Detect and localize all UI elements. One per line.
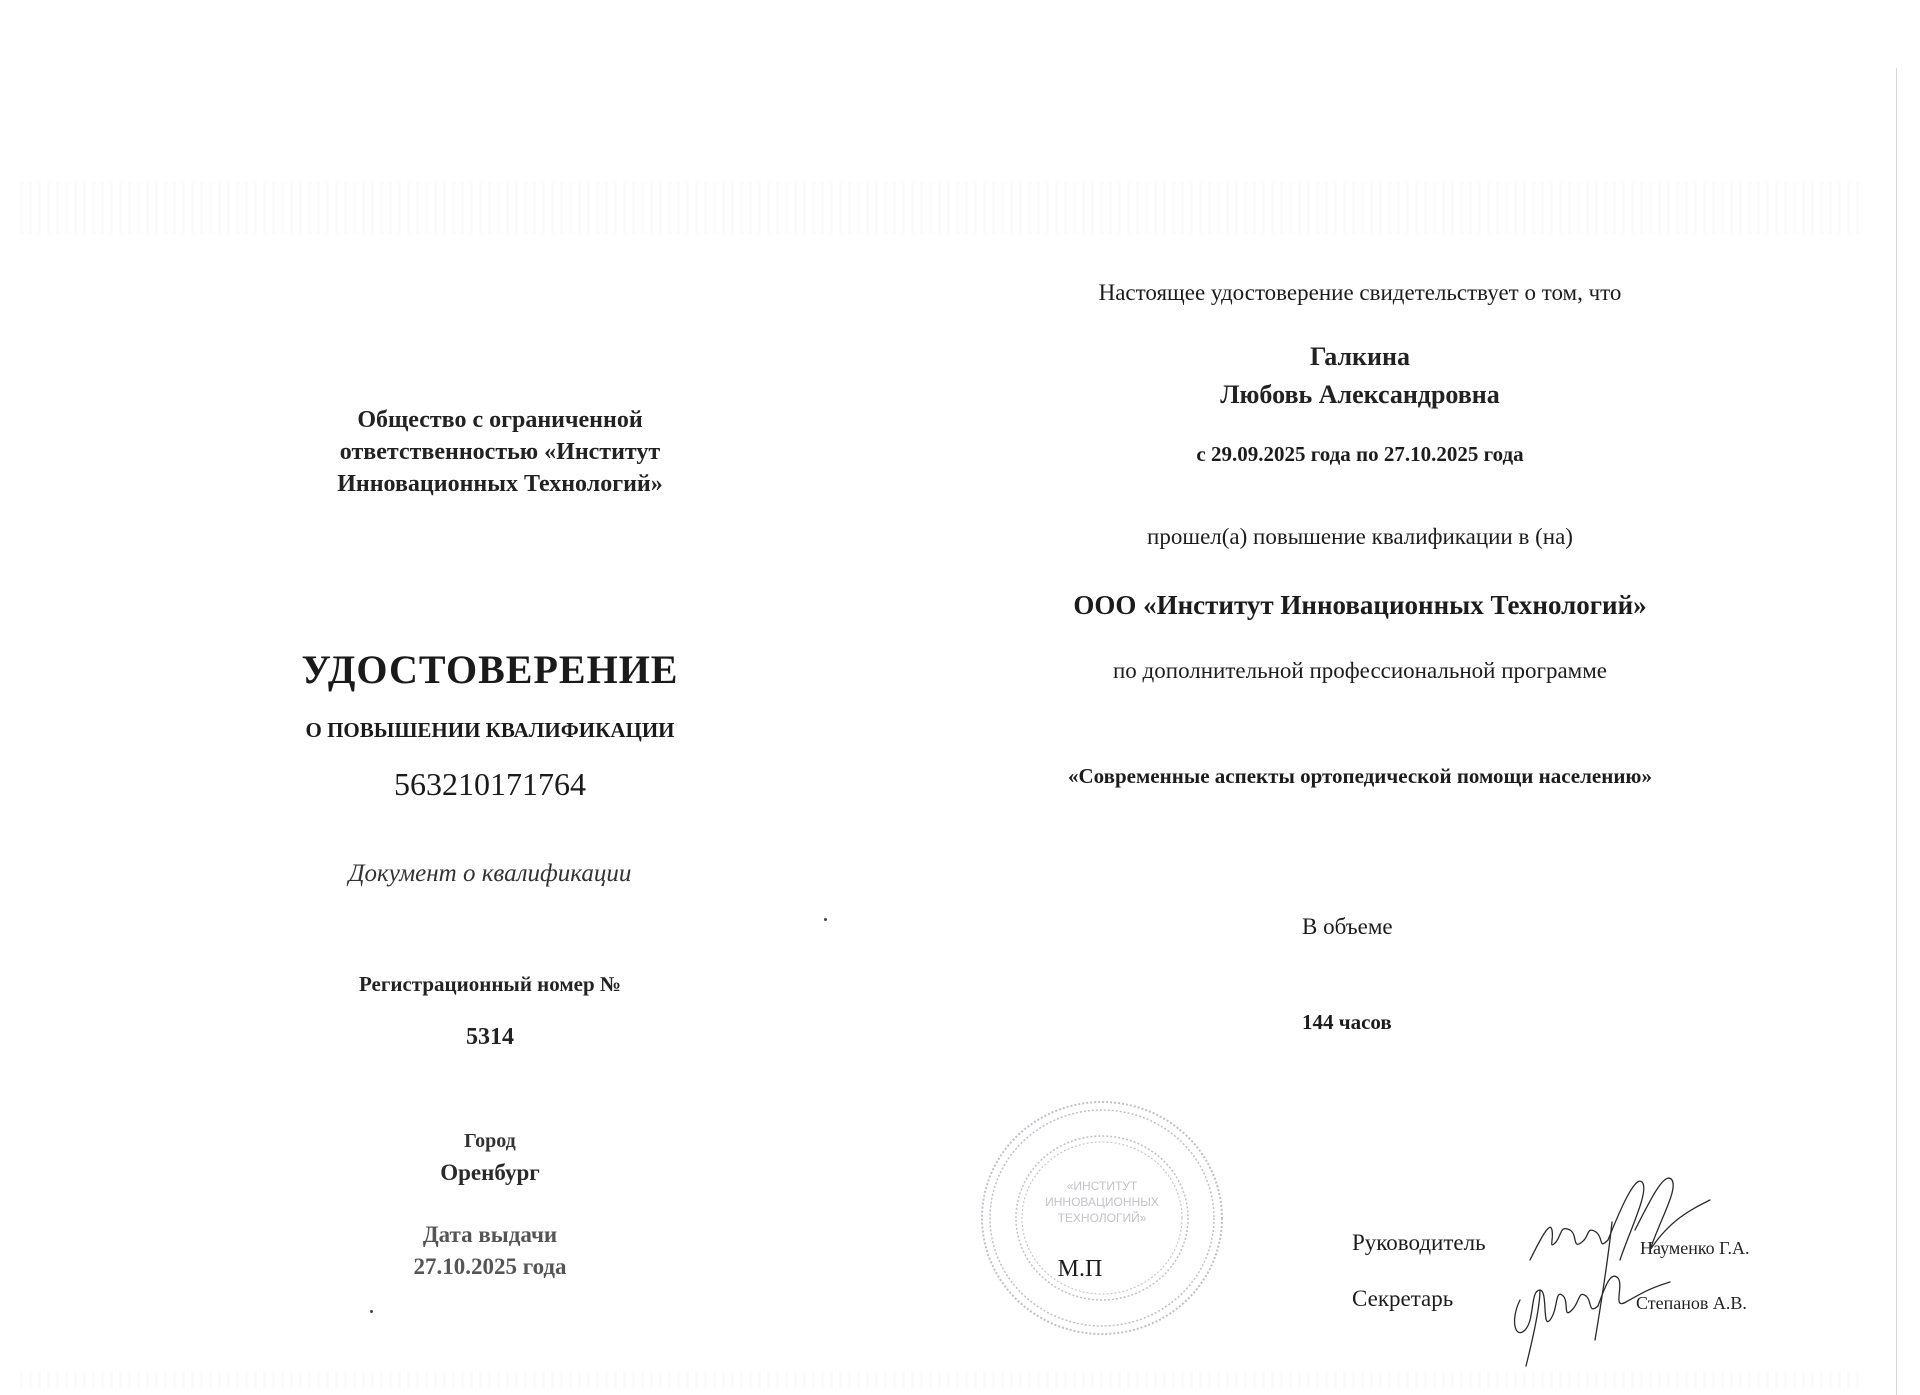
passed-text: прошел(а) повышение квалификации в (на) <box>1000 524 1720 550</box>
stamp-text-line: ИННОВАЦИОННЫХ <box>1045 1195 1159 1209</box>
scan-artifact-band-bottom <box>20 1372 1860 1388</box>
training-period: с 29.09.2025 года по 27.10.2025 года <box>1000 442 1720 467</box>
document-title: УДОСТОВЕРЕНИЕ <box>240 646 740 693</box>
page-edge-line <box>1896 68 1897 1395</box>
stamp-text-line: ТЕХНОЛОГИЙ» <box>1058 1210 1147 1225</box>
scan-artifact-band-top <box>20 182 1860 234</box>
volume-hours: 144 часов <box>1260 1010 1460 1035</box>
issue-date: 27.10.2025 года <box>240 1254 740 1280</box>
volume-label: В объеме <box>1260 914 1460 940</box>
signature-role-head: Руководитель <box>1352 1230 1486 1256</box>
issue-date-label: Дата выдачи <box>240 1222 740 1248</box>
stamp-text-line: «ИНСТИТУТ <box>1067 1179 1138 1193</box>
document-subtitle: О ПОВЫШЕНИИ КВАЛИФИКАЦИИ <box>240 718 740 743</box>
city-label: Город <box>240 1130 740 1153</box>
holder-given-names: Любовь Александровна <box>1000 380 1720 410</box>
program-name: «Современные аспекты ортопедической помо… <box>960 764 1760 789</box>
city-name: Оренбург <box>240 1160 740 1186</box>
document-number: 563210171764 <box>240 766 740 803</box>
signature-role-secretary: Секретарь <box>1352 1286 1453 1312</box>
scan-speck <box>370 1310 373 1313</box>
signature-name-secretary: Степанов А.В. <box>1636 1293 1747 1314</box>
holder-surname: Галкина <box>1000 342 1720 372</box>
institution-name: ООО «Институт Инновационных Технологий» <box>960 590 1760 621</box>
registration-number: 5314 <box>240 1024 740 1051</box>
document-kind: Документ о квалификации <box>240 860 740 888</box>
round-seal-stamp-icon: «ИНСТИТУТ ИННОВАЦИОННЫХ ТЕХНОЛОГИЙ» <box>978 1098 1226 1338</box>
organization-name: Общество с ограниченной ответственностью… <box>290 404 710 500</box>
stamp-place-label: М.П <box>1040 1256 1120 1283</box>
registration-label: Регистрационный номер № <box>240 972 740 997</box>
certificate-intro: Настоящее удостоверение свидетельствует … <box>1000 280 1720 306</box>
program-label: по дополнительной профессиональной прогр… <box>1000 658 1720 684</box>
handwritten-signature-icon <box>1500 1170 1740 1370</box>
signature-name-head: Науменко Г.А. <box>1640 1238 1750 1259</box>
scan-speck <box>824 918 827 921</box>
